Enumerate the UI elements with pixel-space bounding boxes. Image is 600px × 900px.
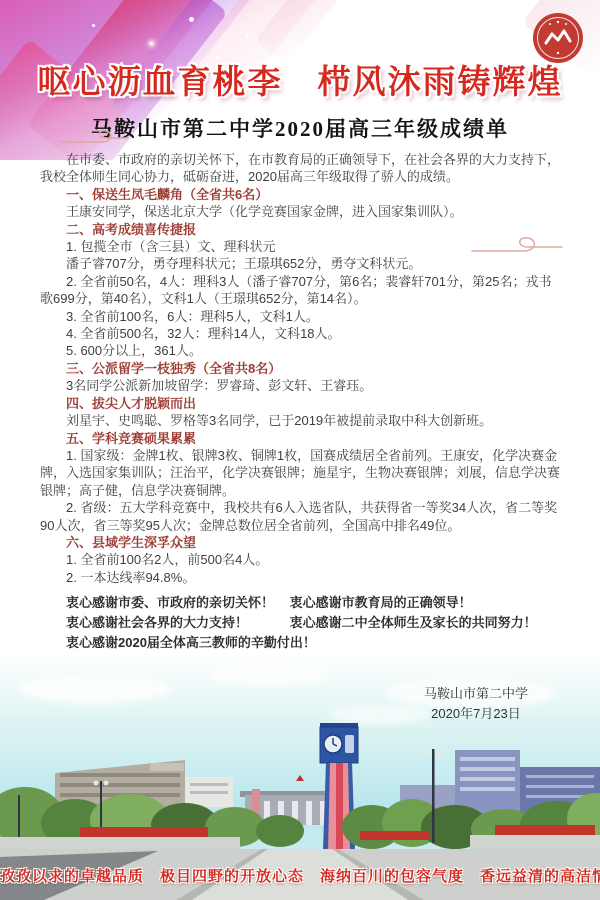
section-3-paragraph: 3名同学公派新加坡留学：罗睿琦、彭文轩、王睿珏。 xyxy=(40,377,560,394)
thanks-line: 衷心感谢2020届全体高三教师的辛勤付出！ xyxy=(40,633,560,653)
thanks-line: 衷心感谢二中全体师生及家长的共同努力！ xyxy=(290,613,560,633)
section-5-paragraph: 2. 省级：五大学科竞赛中，我校共有6人入选省队，共获得省一等奖34人次，省二等… xyxy=(40,499,560,534)
report-body: 在市委、市政府的亲切关怀下，在市教育局的正确领导下，在社会各界的大力支持下，我校… xyxy=(40,151,560,586)
section-6-paragraph: 2. 一本达线率94.8%。 xyxy=(40,569,560,586)
section-2-paragraph: 2. 全省前50名，4人：理科3人（潘子睿707分，第6名；裴睿轩701分，第2… xyxy=(40,273,560,308)
section-1-heading: 一、保送生凤毛麟角（全省共6名） xyxy=(40,186,560,203)
section-2-paragraph: 1. 包揽全市（含三县）文、理科状元 xyxy=(40,238,560,255)
section-6-paragraph: 1. 全省前100名2人，前500名4人。 xyxy=(40,551,560,568)
section-4-heading: 四、拔尖人才脱颖而出 xyxy=(40,395,560,412)
page-title: 呕心沥血育桃李 栉风沐雨铸辉煌 xyxy=(0,56,600,103)
intro-paragraph: 在市委、市政府的亲切关怀下，在市教育局的正确领导下，在社会各界的大力支持下，我校… xyxy=(40,151,560,186)
section-2-heading: 二、高考成绩喜传捷报 xyxy=(40,221,560,238)
thanks-line: 衷心感谢市教育局的正确领导！ xyxy=(290,593,560,613)
section-5-paragraph: 1. 国家级：金牌1枚、银牌3枚、铜牌1枚，国赛成绩居全省前列。王康安，化学决赛… xyxy=(40,447,560,499)
section-3-heading: 三、公派留学一枝独秀（全省共8名） xyxy=(40,360,560,377)
sparkle-dots-icon xyxy=(150,42,153,45)
section-2-paragraph: 3. 全省前100名，6人：理科5人，文科1人。 xyxy=(40,308,560,325)
section-4-paragraph: 刘星宇、史鸣聪、罗格等3名同学，已于2019年被提前录取中科大创新班。 xyxy=(40,412,560,429)
section-5-heading: 五、学科竞赛硕果累累 xyxy=(40,430,560,447)
section-6-heading: 六、县域学生深孚众望 xyxy=(40,534,560,551)
cloud-motif-icon xyxy=(58,126,148,148)
footer-slogan: 孜孜以求的卓越品质 极目四野的开放心态 海纳百川的包容气度 香远益清的高洁情怀 xyxy=(0,865,600,886)
signature-block: 马鞍山市第二中学 2020年7月23日 xyxy=(424,684,528,724)
section-1-paragraph: 王康安同学，保送北京大学（化学竞赛国家金牌，进入国家集训队）。 xyxy=(40,203,560,220)
section-2-paragraph: 5. 600分以上，361人。 xyxy=(40,342,560,359)
signature-school: 马鞍山市第二中学 xyxy=(424,684,528,704)
poster: 呕心沥血育桃李 栉风沐雨铸辉煌 马鞍山市第二中学2020届高三年级成绩单 在市委… xyxy=(0,0,600,900)
thanks-line: 衷心感谢市委、市政府的亲切关怀！ xyxy=(40,593,290,613)
section-2-paragraph: 潘子睿707分，勇夺理科状元；王璟琪652分，勇夺文科状元。 xyxy=(40,255,560,272)
thanks-line: 衷心感谢社会各界的大力支持！ xyxy=(40,613,290,633)
signature-date: 2020年7月23日 xyxy=(424,704,528,724)
section-2-paragraph: 4. 全省前500名，32人：理科14人，文科18人。 xyxy=(40,325,560,342)
